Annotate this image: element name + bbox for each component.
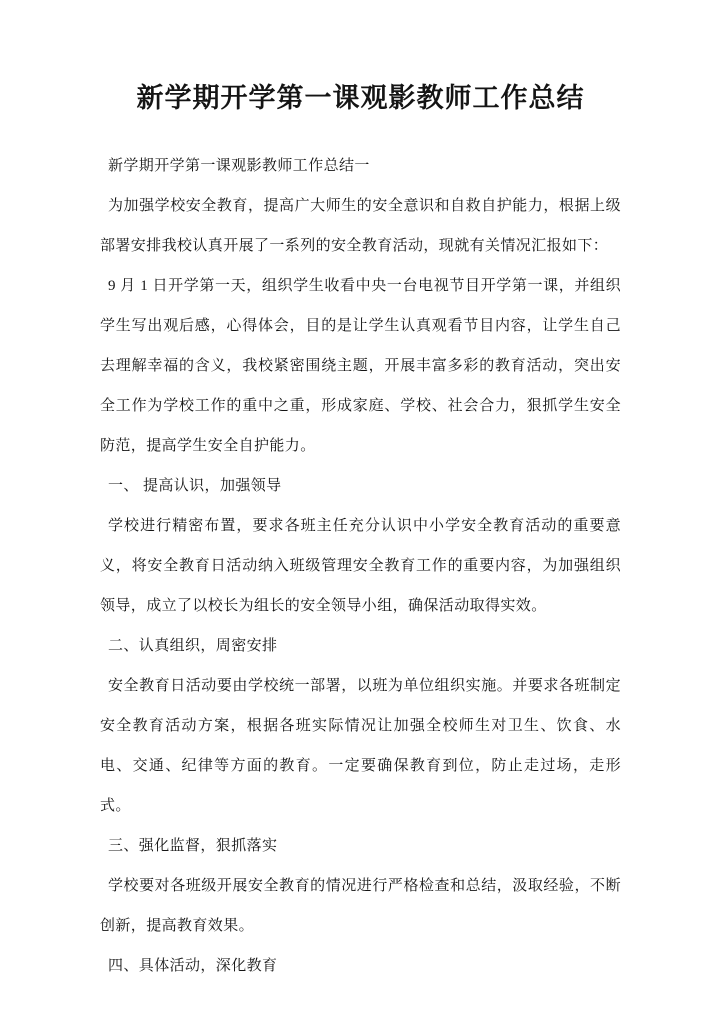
paragraph-subtitle: 新学期开学第一课观影教师工作总结一 (100, 146, 621, 186)
heading-section-1: 一、 提高认识，加强领导 (100, 466, 621, 506)
paragraph-intro: 为加强学校安全教育，提高广大师生的安全意识和自救自护能力，根据上级部署安排我校认… (100, 186, 621, 266)
heading-section-3: 三、强化监督，狠抓落实 (100, 826, 621, 866)
document-page: 新学期开学第一课观影教师工作总结 新学期开学第一课观影教师工作总结一 为加强学校… (0, 0, 721, 1020)
document-body: 新学期开学第一课观影教师工作总结一 为加强学校安全教育，提高广大师生的安全意识和… (100, 146, 621, 986)
paragraph-section-3: 学校要对各班级开展安全教育的情况进行严格检查和总结，汲取经验，不断创新，提高教育… (100, 866, 621, 946)
paragraph-section-2: 安全教育日活动要由学校统一部署，以班为单位组织实施。并要求各班制定安全教育活动方… (100, 666, 621, 826)
heading-section-4: 四、具体活动，深化教育 (100, 946, 621, 986)
document-title: 新学期开学第一课观影教师工作总结 (100, 80, 621, 116)
paragraph-overview: 9 月 1 日开学第一天，组织学生收看中央一台电视节目开学第一课，并组织学生写出… (100, 266, 621, 466)
paragraph-section-1: 学校进行精密布置，要求各班主任充分认识中小学安全教育活动的重要意义，将安全教育日… (100, 506, 621, 626)
heading-section-2: 二、认真组织，周密安排 (100, 626, 621, 666)
